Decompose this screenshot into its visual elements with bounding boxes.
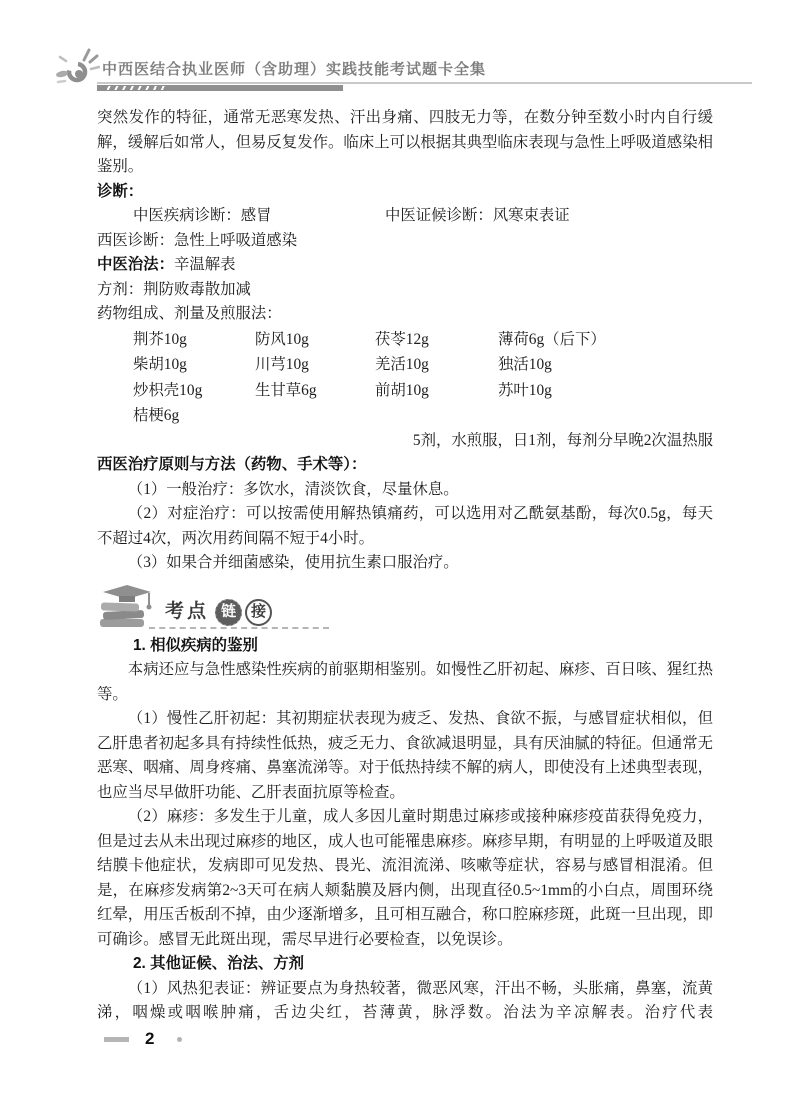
book-page: 中西医结合执业医师（含助理）实践技能考试题卡全集 突然发作的特征，通常无恶寒发热… (0, 0, 800, 1120)
diagnosis-heading: 诊断： (97, 180, 713, 205)
section-heading-1: 1. 相似疾病的鉴别 (133, 634, 713, 659)
herb-row: 桔梗6g (133, 403, 713, 429)
herb-cell: 生甘草6g (255, 378, 375, 404)
footer-bar-decoration (104, 1037, 129, 1042)
tcm-treatment-value: 辛温解表 (174, 256, 236, 273)
formula-line: 方剂：荆防败毒散加减 (97, 278, 713, 303)
herb-cell (255, 403, 375, 429)
herb-row: 炒枳壳10g 生甘草6g 前胡10g 苏叶10g (133, 378, 713, 404)
herb-cell: 独活10g (498, 352, 713, 378)
tcm-disease-diagnosis: 中医疾病诊断：感冒 (133, 204, 385, 229)
section-heading-2: 2. 其他证候、治法、方剂 (133, 952, 713, 977)
herb-row: 荆芥10g 防风10g 茯苓12g 薄荷6g（后下） (133, 327, 713, 353)
diagnosis-row-tcm: 中医疾病诊断：感冒 中医证候诊断：风寒束表证 (133, 204, 713, 229)
herb-cell: 川芎10g (255, 352, 375, 378)
herb-row: 柴胡10g 川芎10g 羌活10g 独活10g (133, 352, 713, 378)
western-treatment-item: （2）对症治疗：可以按需使用解热镇痛药，可以选用对乙酰氨基酚，每次0.5g，每天… (97, 502, 713, 551)
herb-cell: 防风10g (255, 327, 375, 353)
badge-circle-lian: 链 (215, 599, 242, 626)
herb-cell: 苏叶10g (498, 378, 713, 404)
section-paragraph: 本病还应与急性感染性疾病的前驱期相鉴别。如慢性乙肝初起、麻疹、百日咳、猩红热等。 (97, 658, 713, 707)
western-treatment-heading: 西医治疗原则与方法（药物、手术等）： (97, 453, 713, 478)
herb-cell: 前胡10g (375, 378, 498, 404)
herb-cell: 炒枳壳10g (133, 378, 255, 404)
herb-cell (375, 403, 498, 429)
graduation-cap-books-icon (97, 583, 155, 629)
page-content: 突然发作的特征，通常无恶寒发热、汗出身痛、四肢无力等，在数分钟至数小时内自行缓解… (0, 0, 800, 1026)
herb-cell: 柴胡10g (133, 352, 255, 378)
herb-cell: 荆芥10g (133, 327, 255, 353)
tcm-treatment-line: 中医治法：辛温解表 (97, 253, 713, 278)
herb-cell: 薄荷6g（后下） (498, 327, 713, 353)
section-paragraph: （1）慢性乙肝初起：其初期症状表现为疲乏、发热、食欲不振，与感冒症状相似，但乙肝… (97, 707, 713, 805)
intro-paragraph: 突然发作的特征，通常无恶寒发热、汗出身痛、四肢无力等，在数分钟至数小时内自行缓解… (97, 106, 713, 180)
tcm-syndrome-diagnosis: 中医证候诊断：风寒束表证 (385, 204, 570, 229)
composition-heading: 药物组成、剂量及煎服法： (97, 302, 713, 327)
page-number: 2 (145, 1029, 154, 1049)
herb-table: 荆芥10g 防风10g 茯苓12g 薄荷6g（后下） 柴胡10g 川芎10g 羌… (133, 327, 713, 429)
western-treatment-item: （1）一般治疗：多饮水，清淡饮食，尽量休息。 (97, 478, 713, 503)
section-paragraph: （2）麻疹：多发生于儿童，成人多因儿童时期患过麻疹或接种麻疹疫苗获得免疫力，但是… (97, 805, 713, 952)
western-diagnosis: 西医诊断：急性上呼吸道感染 (97, 229, 713, 254)
herb-cell: 桔梗6g (133, 403, 255, 429)
badge-circle-jie: 接 (245, 599, 272, 626)
page-footer: 2 (104, 1030, 182, 1048)
herb-cell: 羌活10g (375, 352, 498, 378)
western-treatment-item: （3）如果合并细菌感染，使用抗生素口服治疗。 (97, 551, 713, 576)
herb-cell: 茯苓12g (375, 327, 498, 353)
herb-cell (498, 403, 713, 429)
footer-dot-decoration (177, 1037, 182, 1042)
exam-points-label: 考点 (165, 600, 209, 625)
tcm-treatment-label: 中医治法： (97, 256, 174, 273)
section-paragraph: （1）风热犯表证：辨证要点为身热较著，微恶风寒，汗出不畅，头胀痛，鼻塞，流黄涕，… (97, 977, 713, 1026)
decoction-instruction: 5剂，水煎服，日1剂，每剂分早晚2次温热服 (97, 429, 713, 454)
badge-dashed-underline (149, 627, 329, 629)
exam-points-badge: 考点 链 接 (97, 583, 713, 629)
